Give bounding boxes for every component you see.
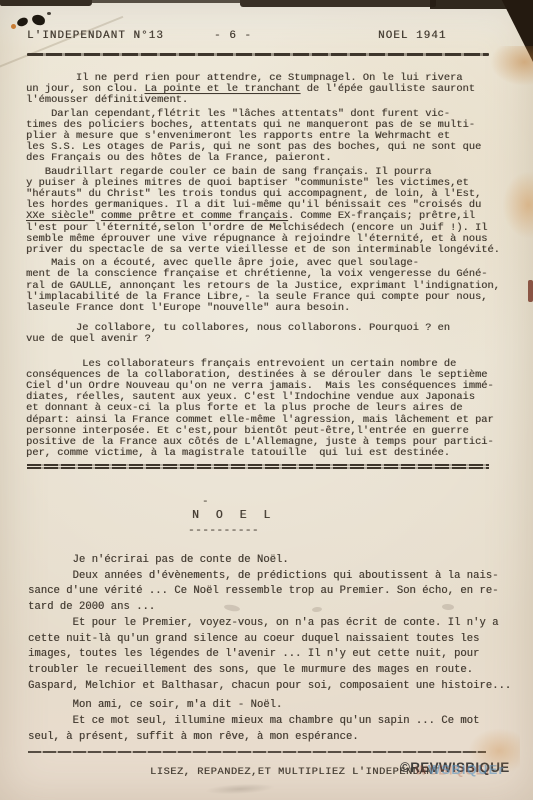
paragraph: Mon ami, ce soir, m'a dit - Noël. Et ce … [28,698,518,745]
paragraph: Mais on a écouté, avec quelle âpre joie,… [26,258,506,314]
ink-blot [16,17,29,27]
paper-edge-shadow [240,0,436,7]
footer-rule [28,751,486,753]
footer-slogan: LISEZ, REPANDEZ,ET MULTIPLIEZ L'INDEPEND… [150,766,440,778]
text-line: Mon ami, ce soir, m'a dit - Noël. [28,698,518,714]
text-line: Deux années d'évènements, de prédictions… [28,569,518,585]
text-line: Et pour le Premier, voyez-vous, on n'a p… [28,616,518,632]
rust-spot [11,24,16,29]
text-line: images, toutes les légendes de l'avenir … [28,647,518,663]
text-line: laseule France dont l'Europe "nouvelle" … [26,303,506,314]
page-number: - 6 - [214,30,252,42]
paragraph: Je n'écrirai pas de conte de Noël. [28,553,518,569]
noel-title-tick: - [202,496,209,508]
paper-edge-shadow [0,0,92,6]
journal-title: L'INDEPENDANT N°13 [27,30,164,42]
paragraph: Baudrillart regarde couler ce bain de sa… [26,167,506,257]
header-rule [27,53,489,56]
text-line: Gaspard, Melchior et Balthasar, chacun p… [28,679,518,695]
paragraph: Les collaborateurs français entrevoient … [26,359,506,460]
noel-article: Je n'écrirai pas de conte de Noël. Deux … [28,553,518,745]
text-line: per, comme victime, à la magistrale tato… [26,448,506,459]
edge-mark [528,280,533,302]
watermark-blue-text: WSBIQUEr [428,762,505,777]
noel-section-title: N O E L [192,509,275,522]
text-line: l'émousser définitivement. [26,95,506,106]
ink-blot [31,14,45,26]
paragraph: Je collabore, tu collabores, nous collab… [26,323,506,345]
issue-date: NOEL 1941 [378,30,446,42]
text-line: troubler le recueillement des sons, que … [28,663,518,679]
pencil-smudge [205,782,275,796]
text-line: cette nuit-là qu'un grand silence au coe… [28,632,518,648]
scanned-page: L'INDEPENDANT N°13 - 6 - NOEL 1941 Il ne… [0,0,533,800]
noel-title-underline: ---------- [188,525,259,537]
text-line: Je n'écrirai pas de conte de Noël. [28,553,518,569]
watermark: ©REVWISBIQUE WSBIQUEr [400,760,530,782]
text-line: sance d'une vérité ... Ce Noël ressemble… [28,584,518,600]
paper-stain [503,172,533,238]
paragraph: Il ne perd rien pour attendre, ce Stumpn… [26,73,506,107]
text-line: vue de quel avenir ? [26,334,506,345]
text-line: Et ce mot seul, illumine mieux ma chambr… [28,714,518,730]
paper-edge-shadow [92,0,240,3]
text-line: priver du spectacle de sa verte vieilles… [26,245,506,256]
paragraph: Et pour le Premier, voyez-vous, on n'a p… [28,616,518,695]
text-line: seul, à présent, suffit à mon rêve, à mo… [28,730,518,746]
paragraph: Darlan cependant,flétrit les "lâches att… [26,109,506,165]
main-article: Il ne perd rien pour attendre, ce Stumpn… [26,73,506,462]
text-line: des Français ou des hôtes de la France, … [26,153,506,164]
section-divider-rule [27,464,489,471]
ink-blot [47,12,51,15]
